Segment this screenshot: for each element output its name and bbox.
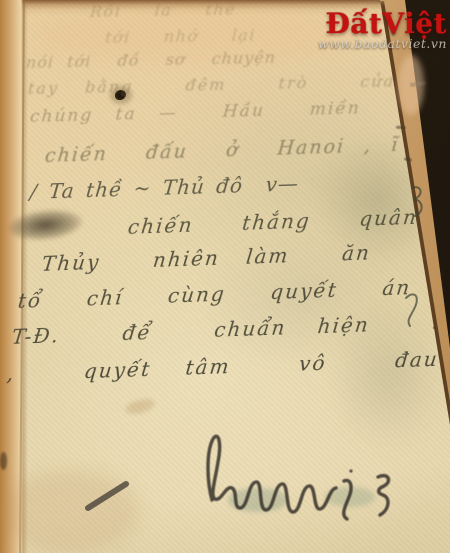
edge-fleck — [396, 126, 406, 130]
handwriting-line: / Ta thề ~ Thủ đô v— — [29, 174, 300, 203]
handwriting-line: nói tới đồ sơ chuyện — [25, 50, 276, 71]
handwriting-line: Thủy nhiên làm ăn truyện — [41, 238, 450, 274]
handwriting-line: chúng ta — Hầu miền cơ — [29, 99, 430, 126]
left-page-margin — [0, 0, 30, 553]
handwriting-line: Rồi la thê — [89, 1, 237, 20]
signature-scrawl — [192, 428, 422, 528]
photo-stage: Rồi la thê tới nhớ lại nói tới đồ sơ chu… — [0, 0, 450, 553]
faint-brown-spot — [124, 396, 156, 416]
watermark-url: www.baodatviet.vn — [318, 37, 447, 50]
left-edge-notch — [0, 452, 7, 470]
watermark-brand: ĐấtViệt — [318, 9, 447, 38]
comma-stroke — [82, 478, 132, 516]
manuscript-page: Rồi la thê tới nhớ lại nói tới đồ sơ chu… — [0, 0, 450, 553]
watermark: ĐấtViệt www.baodatviet.vn — [318, 9, 447, 51]
edge-ink-curls — [400, 180, 430, 340]
handwriting-line: tay bằng đêm trò cửa — [27, 73, 396, 97]
handwriting-line: tới nhớ lại — [104, 27, 256, 46]
edge-highlight — [398, 55, 424, 115]
